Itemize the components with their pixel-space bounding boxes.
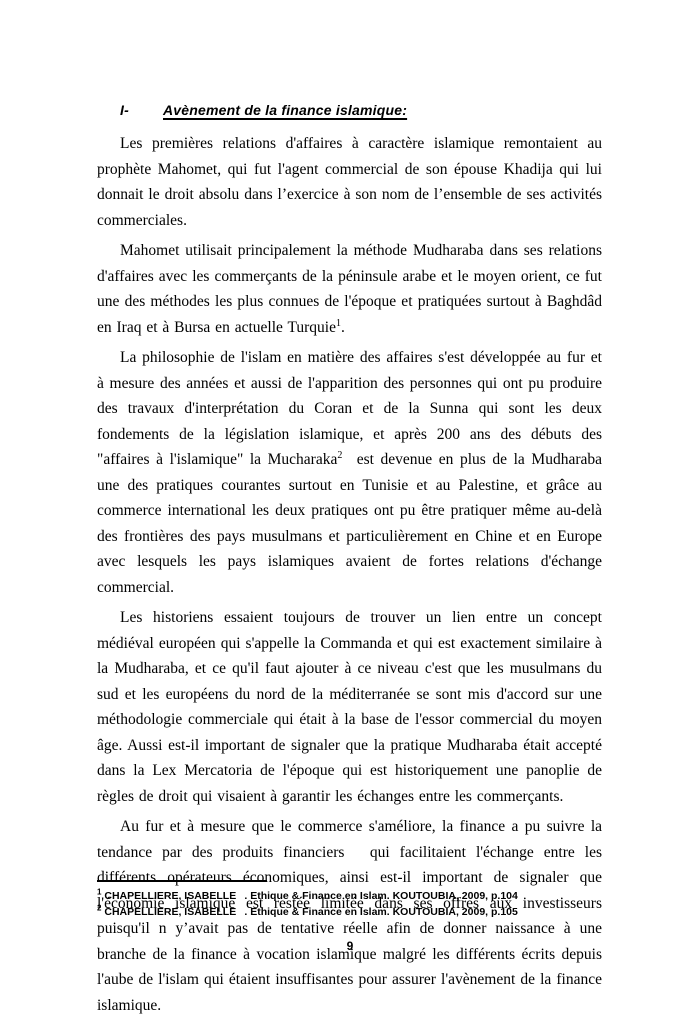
section-title: Avènement de la finance islamique:	[163, 102, 407, 118]
page-number: 9	[0, 939, 700, 953]
document-page: I-Avènement de la finance islamique: Les…	[0, 0, 700, 1028]
footnote-2: 2 CHAPELLIERE, ISABELLE . Ethique & Fina…	[97, 904, 602, 920]
paragraph-2-tail: .	[341, 319, 345, 336]
section-number: I-	[120, 102, 163, 118]
paragraph-3: La philosophie de l'islam en matière des…	[97, 345, 602, 600]
paragraph-1: Les premières relations d'affaires à car…	[97, 131, 602, 233]
section-heading: I-Avènement de la finance islamique:	[120, 102, 602, 118]
footnote-separator	[97, 880, 267, 882]
footnote-2-text: CHAPELLIERE, ISABELLE . Ethique & Financ…	[101, 906, 517, 918]
paragraph-2-text: Mahomet utilisait principalement la méth…	[97, 242, 602, 336]
footnote-area: 1 CHAPELLIERE, ISABELLE . Ethique & Fina…	[97, 880, 602, 920]
paragraph-2: Mahomet utilisait principalement la méth…	[97, 238, 602, 340]
paragraph-3-tail: est devenue en plus de la Mudharaba une …	[97, 451, 602, 596]
footnote-1: 1 CHAPELLIERE, ISABELLE . Ethique & Fina…	[97, 888, 602, 904]
paragraph-4: Les historiens essaient toujours de trou…	[97, 605, 602, 809]
footnote-1-text: CHAPELLIERE, ISABELLE . Ethique & Financ…	[101, 890, 517, 902]
